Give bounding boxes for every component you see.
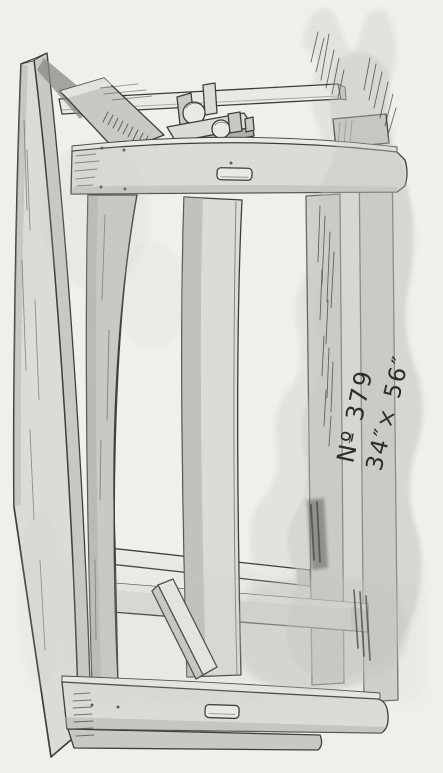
clamp-cap-block bbox=[228, 112, 242, 133]
wash-opening-patch bbox=[117, 240, 187, 350]
table-drawing: Nº 379 34″× 56″ bbox=[0, 0, 443, 773]
bottom-handle-slot bbox=[205, 704, 239, 718]
clamp-stub bbox=[245, 117, 254, 132]
clamp-knob-small bbox=[212, 120, 230, 138]
apron-handle-slot bbox=[217, 168, 252, 181]
catalog-illustration: Nº 379 34″× 56″ bbox=[0, 0, 443, 773]
wash-tabletop-patch bbox=[18, 510, 62, 690]
wash-frame-tint bbox=[60, 562, 424, 702]
